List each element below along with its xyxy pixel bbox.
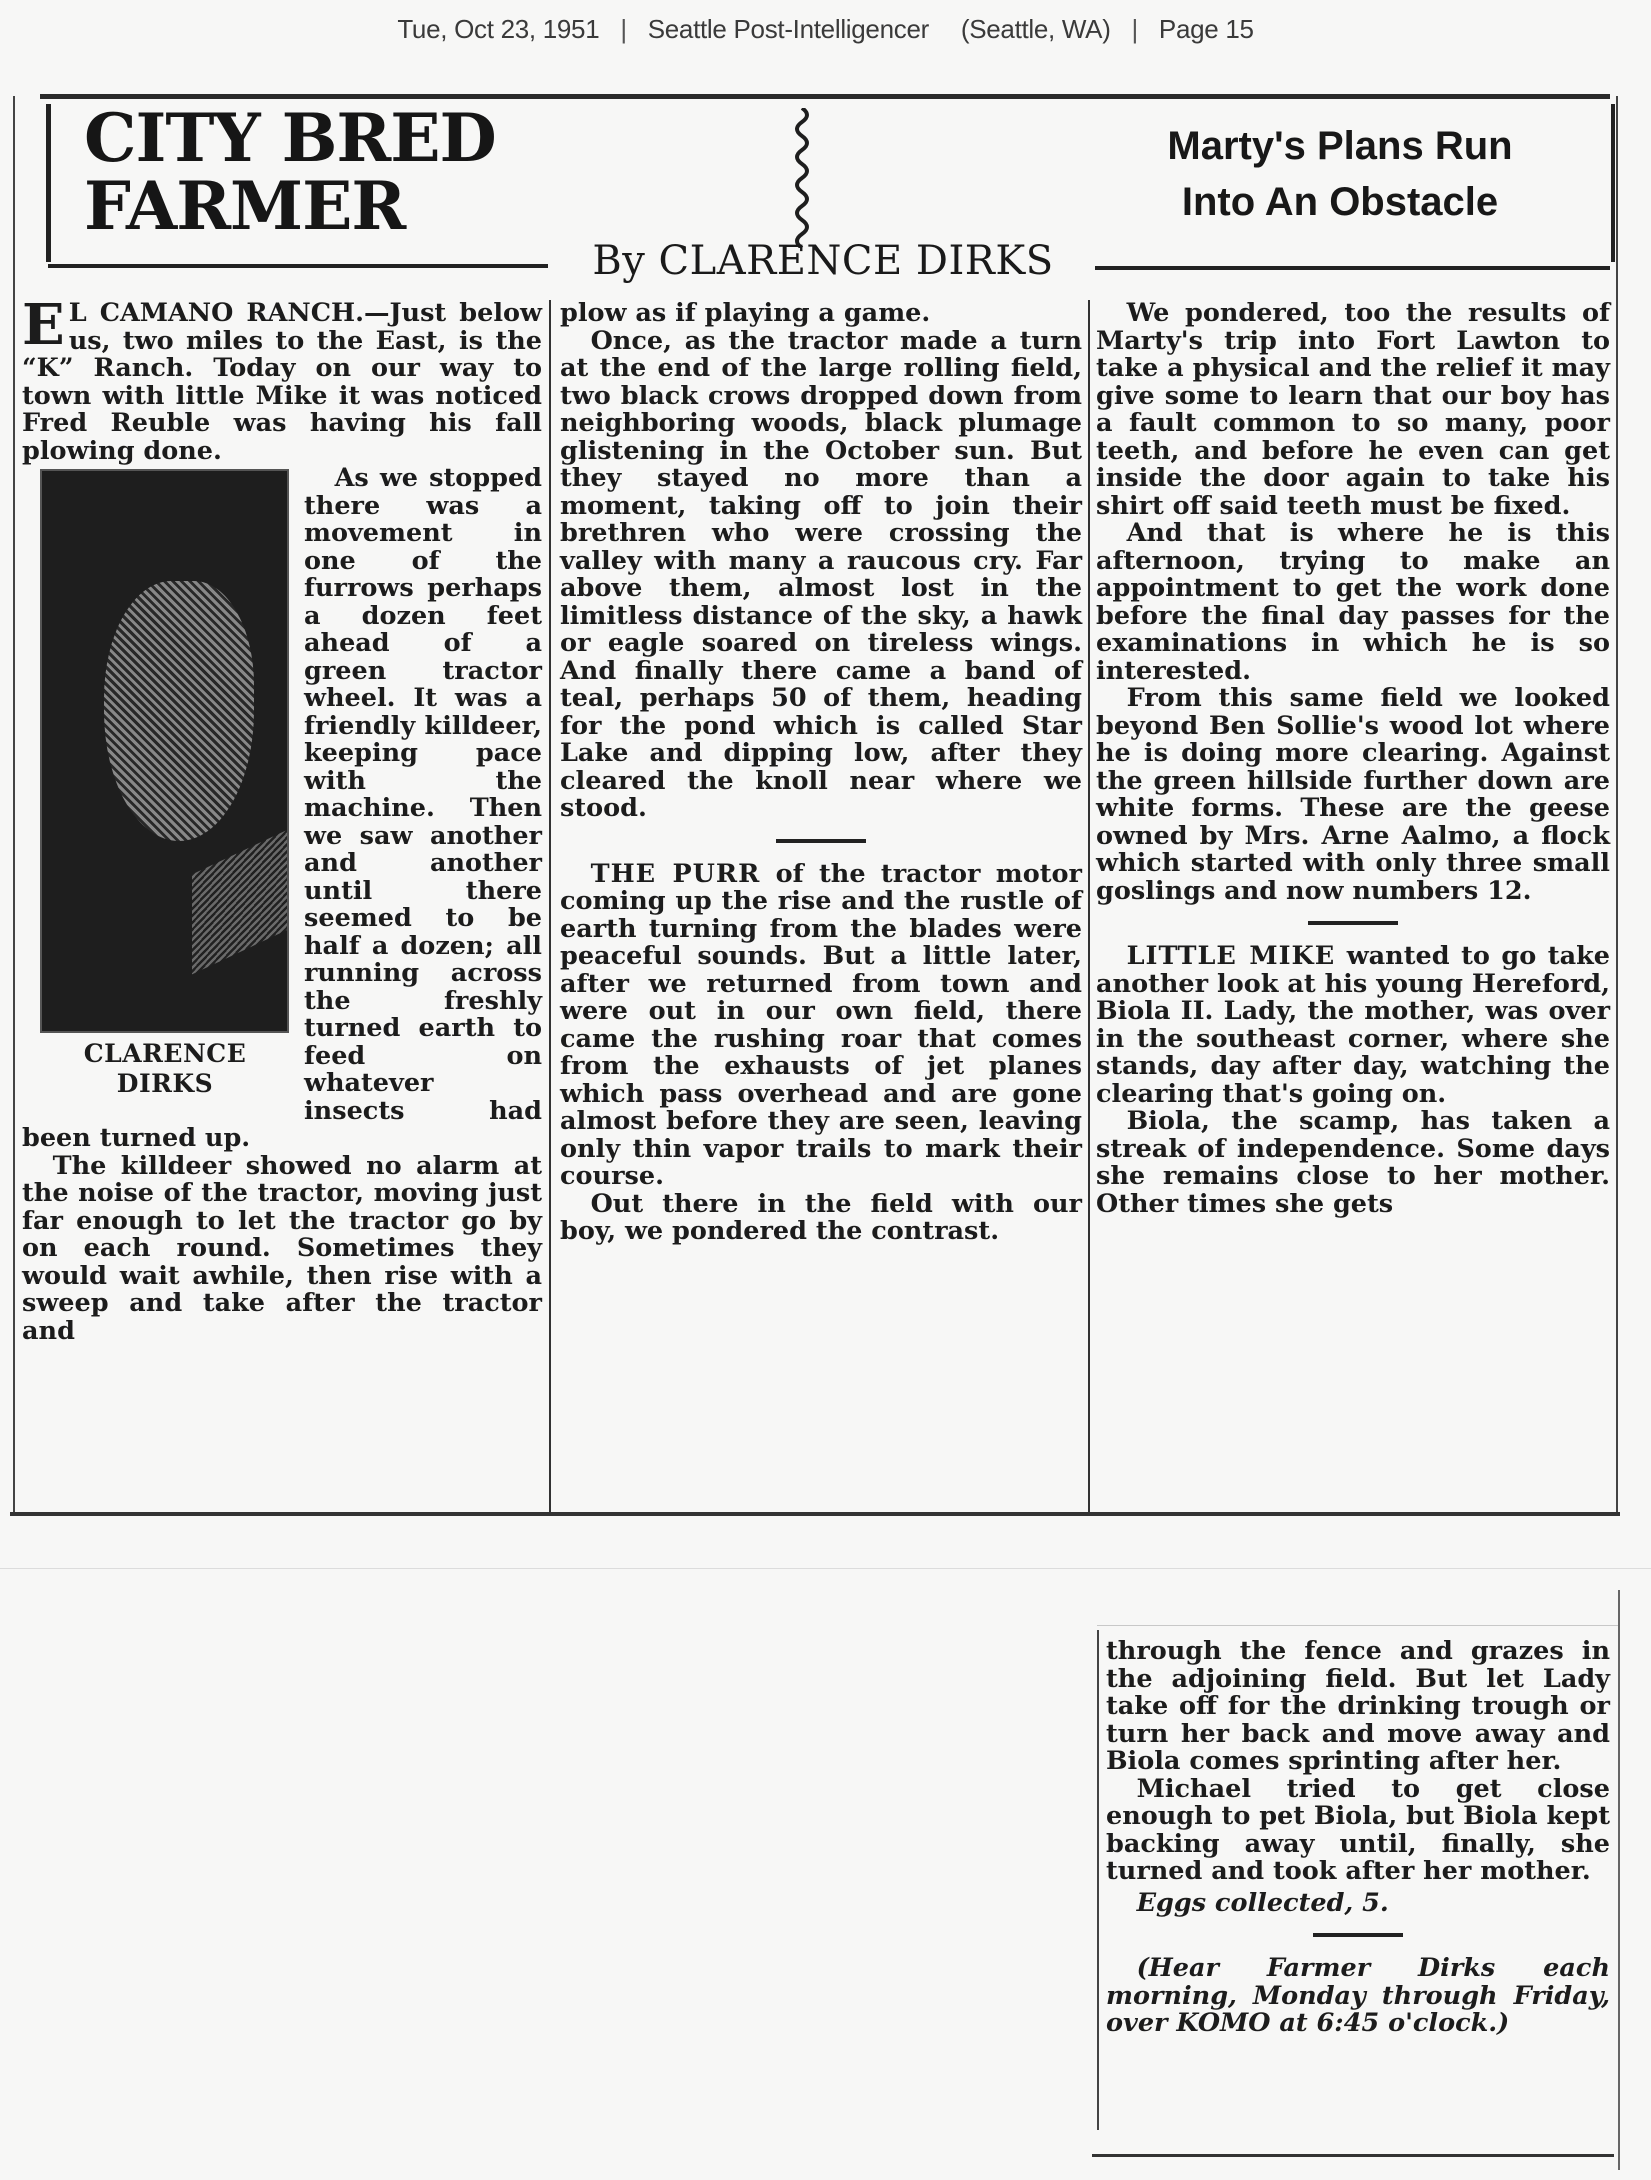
page-number: Page 15	[1159, 14, 1254, 44]
paragraph: Biola, the scamp, has taken a streak of …	[1096, 1108, 1610, 1218]
clipping-bottom-rule	[10, 1512, 1620, 1516]
byline-rule-left	[48, 264, 548, 268]
publication-name: Seattle Post-Intelligencer	[648, 14, 929, 44]
article-column-1: E L CAMANO RANCH.—Just below us, two mil…	[22, 300, 542, 1345]
column-title: CITY BRED FARMER	[84, 104, 496, 240]
paragraph: From this same field we looked beyond Be…	[1096, 685, 1610, 905]
paragraph: Once, as the tractor made a turn at the …	[560, 328, 1082, 823]
continuation-right-rule	[1618, 1590, 1620, 2170]
paragraph: We pondered, too the results of Marty's …	[1096, 300, 1610, 520]
paragraph: plow as if playing a game.	[560, 300, 1082, 328]
wavy-divider-ornament	[788, 108, 816, 248]
paragraph: Michael tried to get close enough to pet…	[1106, 1776, 1610, 1886]
eggs-collected-note: Eggs collected, 5.	[1106, 1890, 1610, 1918]
paragraph: And that is where he is this afternoon, …	[1096, 520, 1610, 685]
paragraph: through the fence and grazes in the adjo…	[1106, 1638, 1610, 1776]
paragraph: Out there in the field with our boy, we …	[560, 1191, 1082, 1246]
section-lead: LITTLE MIKE	[1127, 941, 1336, 971]
archive-header: Tue, Oct 23, 1951 | Seattle Post-Intelli…	[0, 14, 1651, 45]
author-photo	[40, 469, 289, 1033]
paragraph: LITTLE MIKE wanted to go take another lo…	[1096, 943, 1610, 1108]
paragraph: The killdeer showed no alarm at the nois…	[22, 1153, 542, 1346]
radio-schedule-note: (Hear Farmer Dirks each morning, Monday …	[1106, 1955, 1610, 2038]
continuation-left-rule	[1097, 1630, 1099, 2130]
article-column-3: We pondered, too the results of Marty's …	[1096, 300, 1610, 1218]
clipping-right-rule	[1616, 96, 1618, 1516]
column-rule	[1088, 300, 1090, 1512]
paragraph: E L CAMANO RANCH.—Just below us, two mil…	[22, 300, 542, 465]
publication-date: Tue, Oct 23, 1951	[397, 14, 599, 44]
headline: Marty's Plans Run Into An Obstacle	[1120, 118, 1560, 230]
section-lead: THE PURR	[591, 859, 761, 889]
author-photo-block: CLARENCE DIRKS	[40, 469, 290, 1099]
drop-cap: E	[22, 300, 65, 350]
continuation-column: through the fence and grazes in the adjo…	[1106, 1638, 1610, 2038]
separator: |	[620, 14, 626, 44]
separator: |	[1132, 14, 1138, 44]
paragraph: THE PURR of the tractor motor coming up …	[560, 861, 1082, 1191]
continuation-bottom-rule	[1092, 2154, 1614, 2157]
continuation-top-edge	[1097, 1625, 1619, 1626]
column-rule	[549, 300, 551, 1512]
section-divider	[1313, 1933, 1403, 1937]
byline-rule-right	[1095, 266, 1610, 270]
article-column-2: plow as if playing a game. Once, as the …	[560, 300, 1082, 1246]
section-divider	[776, 839, 866, 843]
byline: By CLARENCE DIRKS	[548, 238, 1098, 284]
clipping-left-rule	[13, 96, 15, 1516]
photo-caption: CLARENCE DIRKS	[40, 1039, 290, 1099]
publication-location: (Seattle, WA)	[961, 14, 1111, 44]
section-divider	[1308, 921, 1398, 925]
scan-fold-line	[0, 1568, 1651, 1569]
